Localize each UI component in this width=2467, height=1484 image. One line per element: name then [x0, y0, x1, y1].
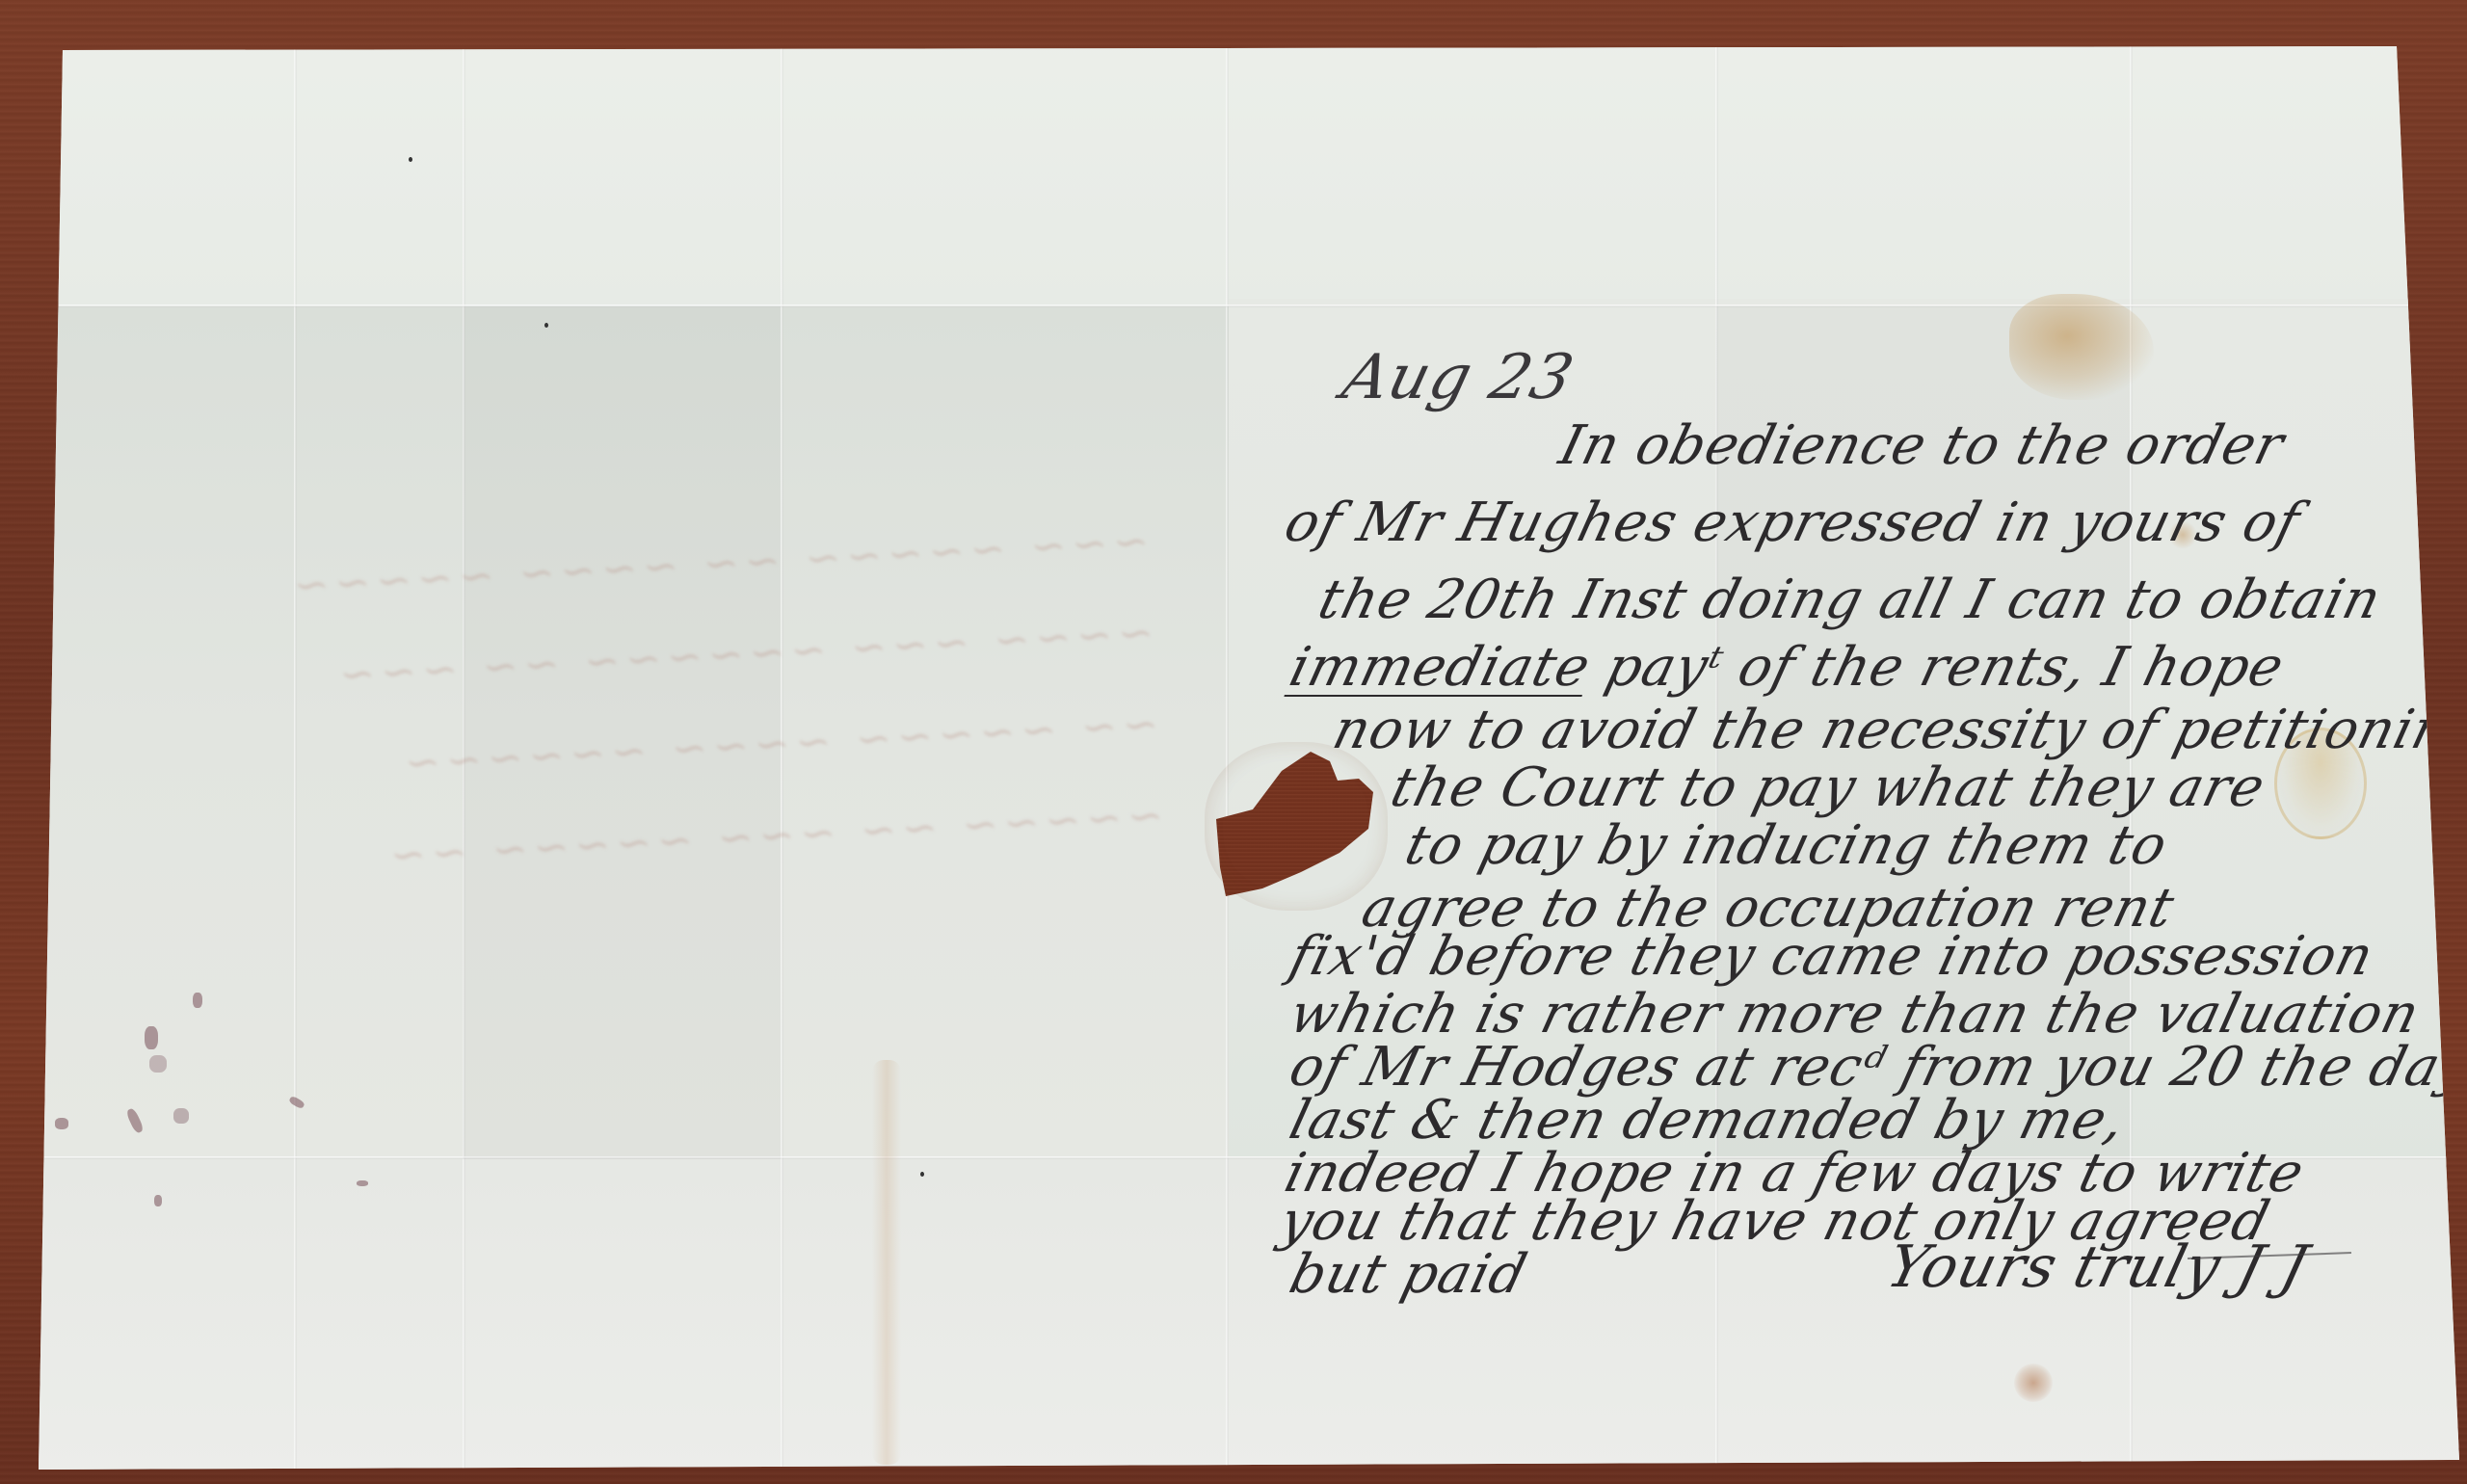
- foxing-stain: [2014, 1364, 2053, 1402]
- wax-seal-residue: [173, 1108, 189, 1124]
- fold-discoloration: [872, 1060, 901, 1465]
- letter-line: immediate payᵗ of the rents, I hope: [1284, 636, 2291, 699]
- wax-seal-residue: [149, 1055, 167, 1073]
- vertical-fold: [1226, 39, 1229, 1484]
- wax-seal-residue: [193, 993, 202, 1008]
- letter-line-continuation: payᵗ of the rents, I hope: [1600, 636, 2291, 699]
- paper-panel-top: [0, 0, 2467, 306]
- wax-seal-residue: [357, 1180, 368, 1186]
- letter-line: fix'd before they came into possession: [1284, 925, 2380, 988]
- letter-line: of Mr Hughes expressed in yours of: [1279, 491, 2307, 554]
- wax-seal-residue: [145, 1026, 158, 1049]
- burn-hole-rim: [1205, 742, 1388, 911]
- photo-scene: ~~~ ~~~~~ ~~ ~~~~ ~~~~~ ~~~~ ~~~ ~~~~~~ …: [0, 0, 2467, 1484]
- letter-line: now to avoid the necessity of petitionin…: [1327, 699, 2467, 761]
- letter-sheet: ~~~ ~~~~~ ~~ ~~~~ ~~~~~ ~~~~ ~~~ ~~~~~~ …: [0, 0, 2467, 1484]
- letter-date: Aug 23: [1336, 342, 1581, 413]
- letter-line: but paid: [1284, 1243, 1533, 1306]
- letter-line: the Court to pay what they are: [1385, 756, 2271, 819]
- letter-line: the 20th Inst doing all I can to obtain: [1313, 569, 2388, 631]
- wax-seal-residue: [154, 1195, 162, 1206]
- underlined-word: immediate: [1284, 636, 1597, 699]
- valediction: Yours truly: [1880, 1233, 2228, 1301]
- wax-seal-residue: [55, 1118, 68, 1129]
- ink-speck: [409, 157, 412, 162]
- letter-line: to pay by inducing them to: [1399, 814, 2174, 877]
- ink-speck: [920, 1172, 924, 1177]
- reverse-bleed-through-text: ~~~ ~~~~~ ~~ ~~~~ ~~~~~ ~~~~ ~~~ ~~~~~~ …: [184, 495, 1166, 912]
- letter-opening: In obedience to the order: [1553, 414, 2291, 477]
- signature: Yours truly J J: [1880, 1233, 2315, 1301]
- ink-speck: [544, 323, 548, 328]
